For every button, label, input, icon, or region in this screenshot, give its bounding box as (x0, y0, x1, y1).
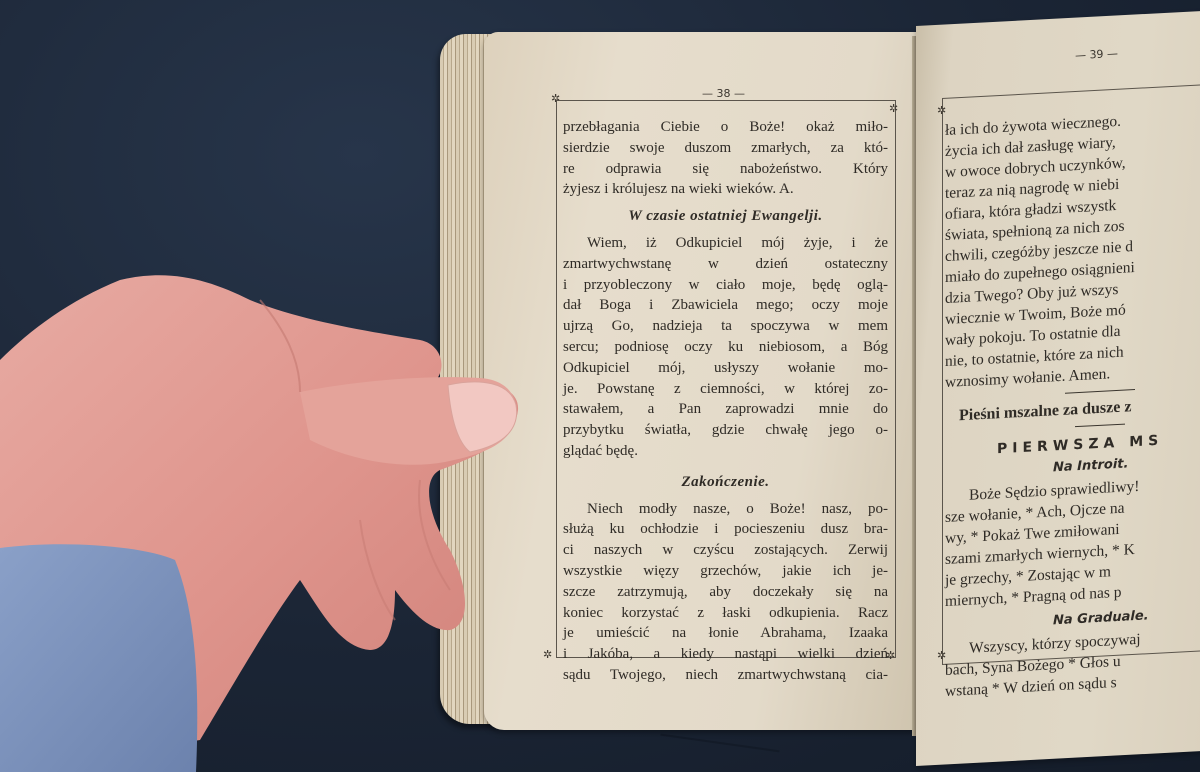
left-page-number: — 38 — (702, 87, 745, 100)
right-page-text: ła ich do żywota wiecznego. życia ich da… (945, 104, 1200, 702)
ornament-icon: ✲ (937, 106, 946, 117)
text-line: i Jakóba, a kiedy nastąpi wielki dzień (563, 644, 888, 665)
text-line: Odkupiciel mój, usłyszy wołanie mo- (563, 358, 888, 379)
ornament-icon: ✲ (551, 94, 560, 105)
text-line: wszystkie więzy grzechów, jakie ich je- (563, 561, 888, 582)
text-line: dał Boga i Zbawiciela mego; oczy moje (563, 295, 888, 316)
text-line: koniec korzystać z łaski odkupienia. Rac… (563, 603, 888, 624)
shirt-sleeve (0, 544, 197, 772)
paragraph: Boże Sędzio sprawiedliwy! sze wołanie, *… (945, 470, 1200, 612)
section-heading: W czasie ostatniej Ewangelji. (563, 206, 888, 227)
text-line: re odprawia się nabożeństwo. Który (563, 159, 888, 180)
text-line: sądu Twojego, niech zmartwychwstaną cia- (563, 665, 888, 686)
divider-rule (1065, 389, 1135, 394)
divider-rule (1075, 424, 1125, 428)
text-line: sierdzie swoje duszom zmarłych, za któ- (563, 138, 888, 159)
ornament-icon: ✲ (889, 104, 898, 115)
ornament-icon: ✲ (543, 650, 552, 661)
right-page-number: — 39 — (1075, 47, 1119, 62)
text-line: służą ku ochłodzie i pocieszeniu dusz br… (563, 519, 888, 540)
text-line: je. Powstanę z ciemności, w której zo- (563, 379, 888, 400)
paragraph: Niech modły nasze, o Boże! nasz, po- słu… (563, 499, 888, 686)
text-line: szcze zatrzymują, aby doczekały się na (563, 582, 888, 603)
text-line: i przyobleczony w ciało moje, będę oglą- (563, 275, 888, 296)
paragraph: przebłagania Ciebie o Boże! okaż miło- s… (563, 117, 888, 200)
paragraph: Wiem, iż Odkupiciel mój żyje, i że zmart… (563, 233, 888, 462)
text-line: Wiem, iż Odkupiciel mój żyje, i że (563, 233, 888, 254)
text-line: glądać będę. (563, 441, 888, 462)
text-line: przebłagania Ciebie o Boże! okaż miło- (563, 117, 888, 138)
left-page-text: przebłagania Ciebie o Boże! okaż miło- s… (563, 117, 888, 686)
text-line: sercu; podniosę oczy ku niebiosom, a Bóg (563, 337, 888, 358)
text-line: żyjesz i królujesz na wieki wieków. A. (563, 179, 888, 200)
hand (0, 0, 530, 772)
text-line: je umieścić na łonie Abrahama, Izaaka (563, 623, 888, 644)
section-heading: Pieśni mszalne za dusze z (959, 390, 1200, 426)
section-heading: Zakończenie. (563, 472, 888, 493)
paragraph: Wszyscy, którzy spoczywaj bach, Syna Boż… (945, 623, 1200, 702)
paragraph: ła ich do żywota wiecznego. życia ich da… (945, 104, 1200, 393)
text-line: Niech modły nasze, o Boże! nasz, po- (563, 499, 888, 520)
text-line: zmartwychwstanę w dzień ostateczny (563, 254, 888, 275)
text-line: przybytku światła, gdzie chwałę jego o- (563, 420, 888, 441)
text-line: ujrzą Go, nadzieja ta spoczywa w mem (563, 316, 888, 337)
text-line: stawałem, a Pan zaprowadzi mnie do (563, 399, 888, 420)
text-line: ci naszych w czyścu zostających. Zerwij (563, 540, 888, 561)
